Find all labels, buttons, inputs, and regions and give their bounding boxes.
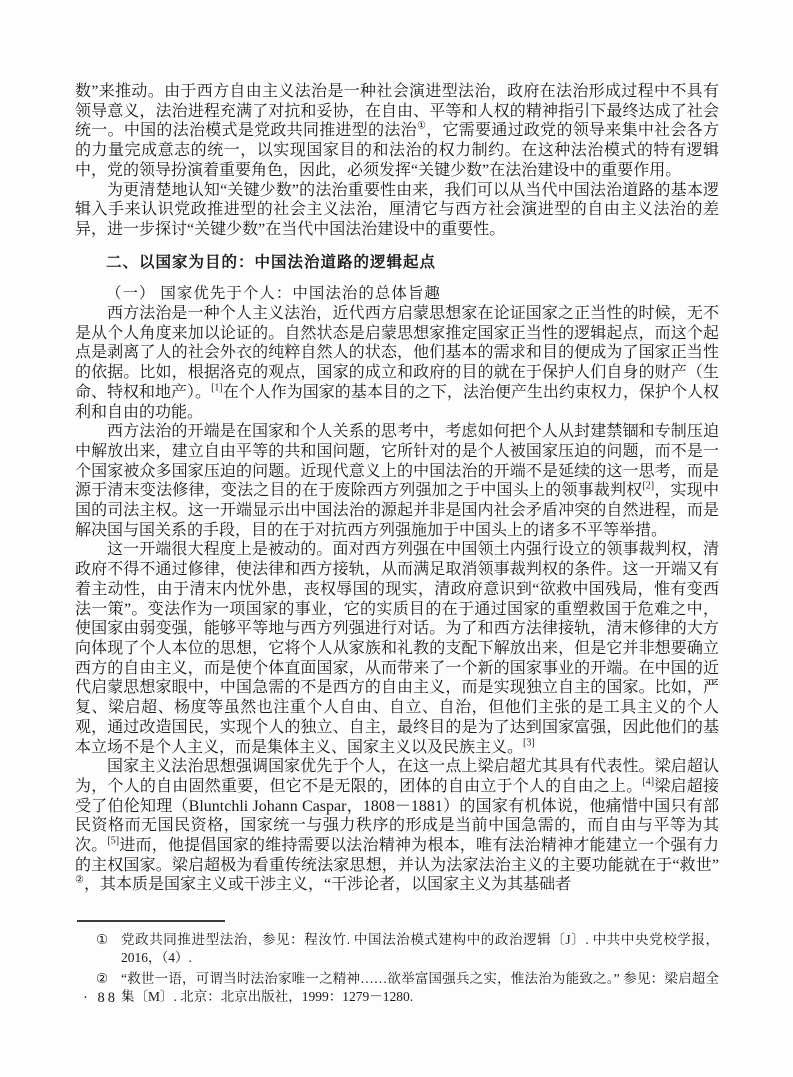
footnote: ②“救世一语，可谓当时法治家唯一之精神……欲举富国强兵之实，惟法治为能致之。” … xyxy=(75,970,719,1006)
footnote: ①党政共同推进型法治，参见：程汝竹. 中国法治模式建构中的政治逻辑〔J〕. 中共… xyxy=(75,931,719,967)
footnote-label: ② xyxy=(96,970,108,988)
article-body: 数”来推动。由于西方自由主义法治是一种社会演进型法治，政府在法治形成过程中不具有… xyxy=(75,82,719,895)
footnote-separator xyxy=(77,920,225,922)
paragraph: 为更清楚地认知“关键少数”的法治重要性由来，我们可以从当代中国法治道路的基本逻辑… xyxy=(75,181,719,240)
footnote-marker: [2] xyxy=(642,481,654,492)
footnote-marker: [4] xyxy=(642,777,654,788)
footnote-text: “救世一语，可谓当时法治家唯一之精神……欲举富国强兵之实，惟法治为能致之。” 参… xyxy=(121,971,719,1004)
paragraph: 数”来推动。由于西方自由主义法治是一种社会演进型法治，政府在法治形成过程中不具有… xyxy=(75,82,719,181)
footnote-marker: [1] xyxy=(211,383,223,394)
paragraph: 西方法治的开端是在国家和个人关系的思考中，考虑如何把个人从封建禁锢和专制压迫中解… xyxy=(75,422,719,540)
paragraph: 国家主义法治思想强调国家优先于个人，在这一点上梁启超尤其具有代表性。梁启超认为，… xyxy=(75,757,719,895)
footnote-marker: ② xyxy=(75,875,84,886)
subsection-heading: （一） 国家优先于个人：中国法治的总体旨趣 xyxy=(75,284,719,304)
page-number: · 88 · xyxy=(83,990,132,1007)
footnote-label: ① xyxy=(96,931,108,949)
footnote-list: ①党政共同推进型法治，参见：程汝竹. 中国法治模式建构中的政治逻辑〔J〕. 中共… xyxy=(75,931,719,1006)
footnote-marker: ① xyxy=(417,121,426,132)
footnotes-section: ①党政共同推进型法治，参见：程汝竹. 中国法治模式建构中的政治逻辑〔J〕. 中共… xyxy=(75,920,719,1009)
footnote-marker: [3] xyxy=(523,737,535,748)
journal-page: { "article": { "blocks": [ { "type": "p"… xyxy=(0,0,793,1077)
footnote-marker: [5] xyxy=(107,836,119,847)
paragraph: 这一开端很大程度上是被动的。面对西方列强在中国领土内强行设立的领事裁判权，清政府… xyxy=(75,540,719,757)
footnote-text: 党政共同推进型法治，参见：程汝竹. 中国法治模式建构中的政治逻辑〔J〕. 中共中… xyxy=(121,932,719,965)
paragraph: 西方法治是一种个人主义法治，近代西方启蒙思想家在论证国家之正当性的时候，无不是从… xyxy=(75,304,719,422)
section-heading: 二、以国家为目的：中国法治道路的逻辑起点 xyxy=(75,253,719,273)
